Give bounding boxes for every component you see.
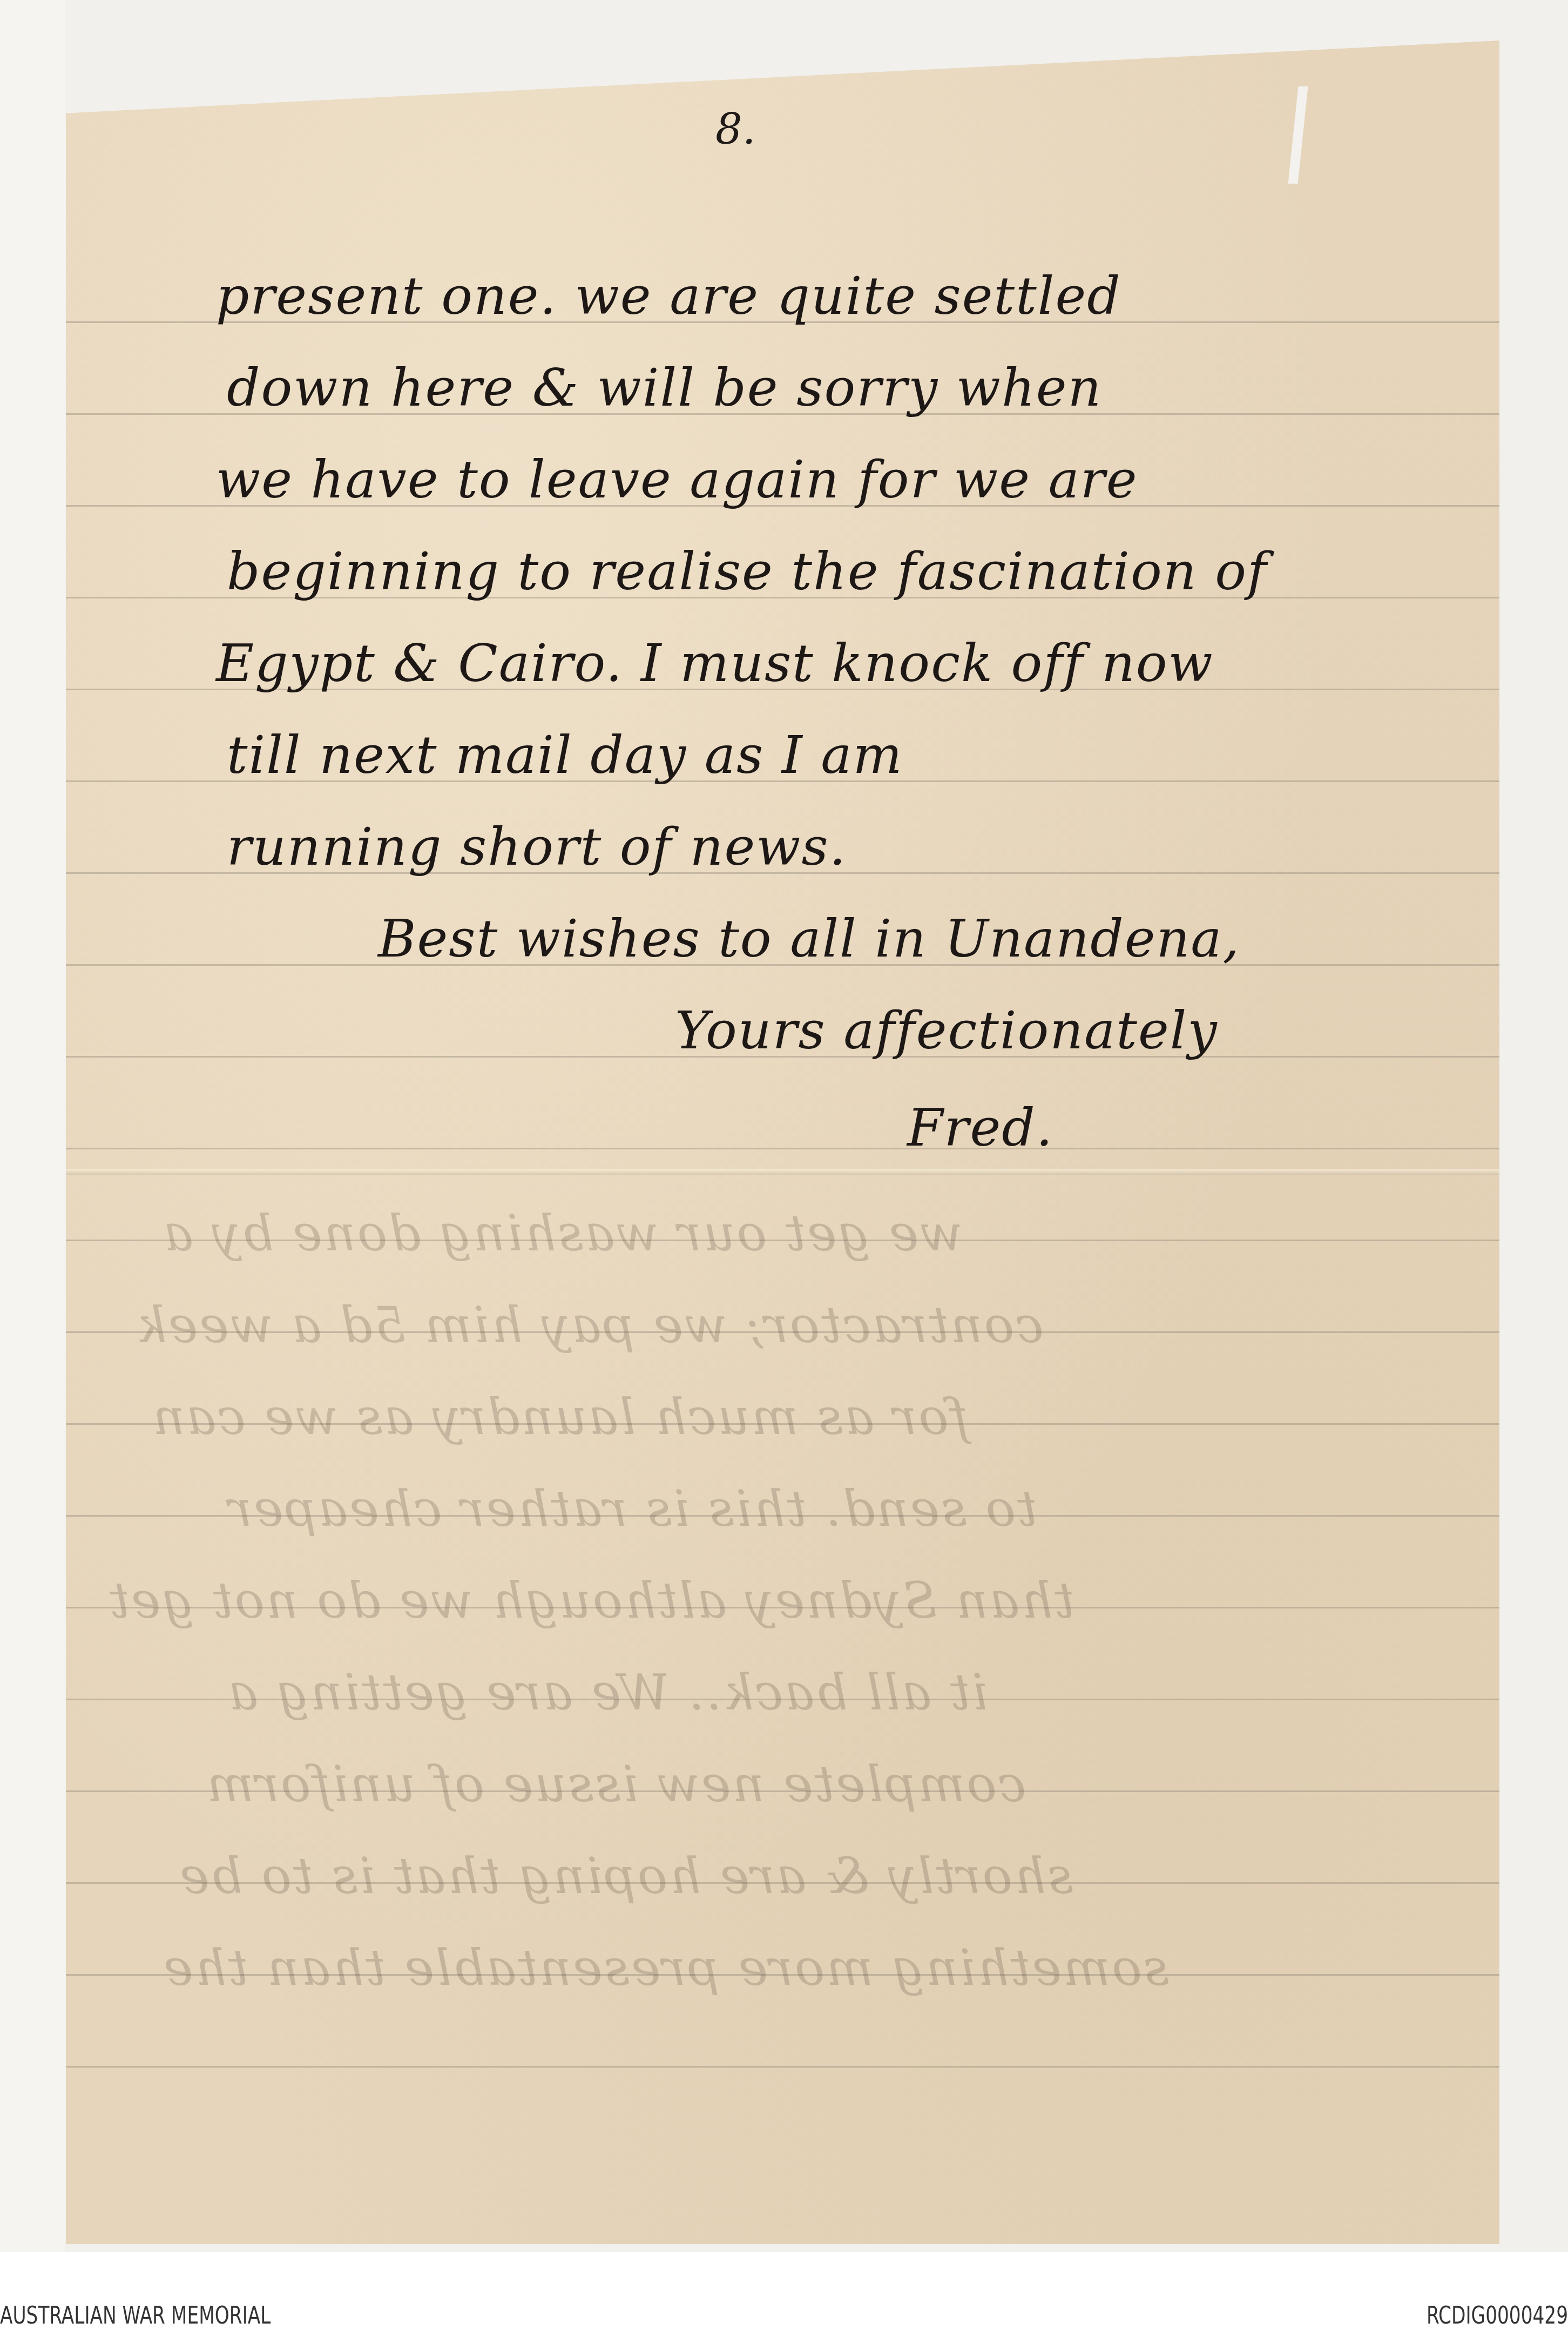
letter-line: Egypt & Cairo. I must knock off now: [216, 637, 1214, 689]
signature: Fred.: [907, 1102, 1053, 1154]
bleed-through-line: complete new issue of uniform: [205, 1755, 1026, 1813]
bleed-through-line: than Sydney although we do not get: [108, 1572, 1074, 1630]
page-number: 8.: [715, 105, 755, 154]
ruled-line: [66, 2066, 1499, 2068]
paper-fold: [66, 1169, 1499, 1175]
footer-record-id: RCDIG0000429: [1427, 2302, 1568, 2329]
bleed-through-line: it all back.. We are getting a: [227, 1664, 988, 1721]
letter-line: running short of news.: [227, 821, 847, 873]
letter-line: down here & will be sorry when: [227, 362, 1102, 414]
footer-institution: AUSTRALIAN WAR MEMORIAL: [0, 2302, 271, 2329]
letter-line: we have to leave again for we are: [216, 454, 1138, 506]
bleed-through-line: we get our washing done by a: [162, 1204, 963, 1262]
bleed-through-line: something more presentable than the: [162, 1939, 1169, 1997]
bleed-through-line: for as much laundry as we can: [151, 1388, 969, 1446]
ruled-line: [66, 1148, 1499, 1149]
letter-line: beginning to realise the fascination of: [227, 546, 1267, 597]
bleed-through-line: contractor; we pay him 5d a week: [135, 1296, 1044, 1354]
bleed-through-line: shortly & are hoping that is to be: [178, 1847, 1073, 1905]
letter-line: till next mail day as I am: [227, 729, 903, 781]
letter-line: Best wishes to all in Unandena,: [378, 913, 1240, 965]
bleed-through-line: to send. this is rather cheaper: [227, 1480, 1037, 1538]
letter-line: present one. we are quite settled: [216, 270, 1121, 322]
closing: Yours affectionately: [675, 1005, 1218, 1056]
scanner-edge: [0, 0, 65, 2252]
